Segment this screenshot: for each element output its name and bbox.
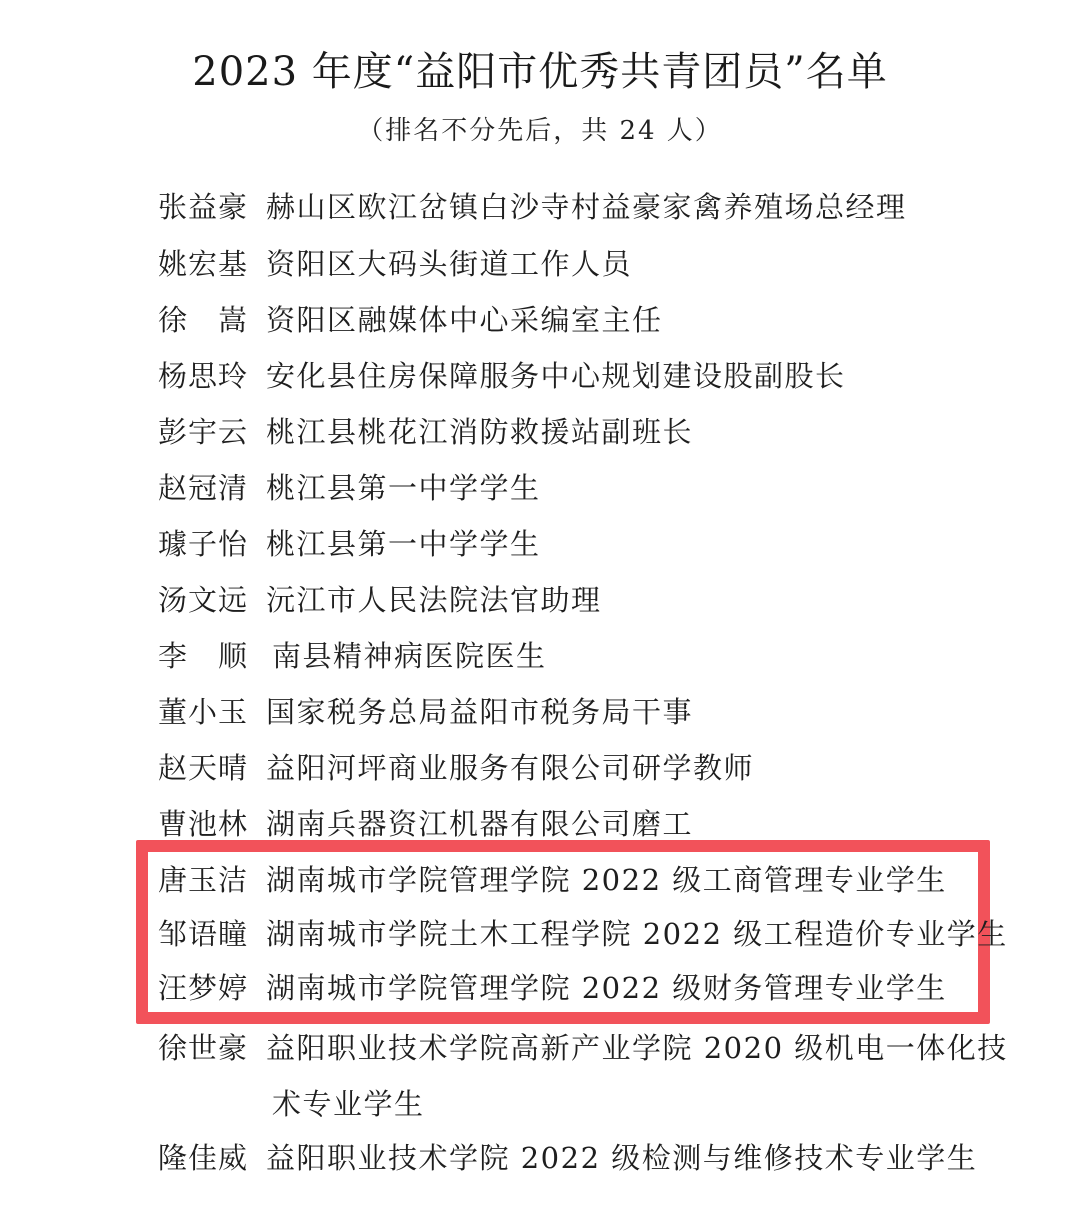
entry-desc: 资阳区融媒体中心采编室主任 <box>266 298 663 339</box>
list-item: 唐玉洁湖南城市学院管理学院 2022 级工商管理专业学生 <box>158 858 947 898</box>
entry-desc: 湖南城市学院管理学院 2022 级工商管理专业学生 <box>266 858 947 899</box>
entry-name: 赵冠清 <box>158 466 266 507</box>
entry-desc: 湖南兵器资江机器有限公司磨工 <box>266 802 693 843</box>
entry-name: 张益豪 <box>158 185 266 226</box>
list-item: 李 顺南县精神病医院医生 <box>158 634 547 674</box>
document-title: 2023 年度“益阳市优秀共青团员”名单 <box>0 40 1080 97</box>
list-item: 张益豪赫山区欧江岔镇白沙寺村益豪家禽养殖场总经理 <box>158 185 907 225</box>
entry-desc: 桃江县桃花江消防救援站副班长 <box>266 410 693 451</box>
entry-desc-continuation: 术专业学生 <box>272 1082 425 1123</box>
entry-name: 李 顺 <box>158 634 266 675</box>
entry-desc: 益阳职业技术学院高新产业学院 2020 级机电一体化技 <box>266 1026 1008 1067</box>
entry-name: 徐世豪 <box>158 1026 266 1067</box>
list-item: 汤文远沅江市人民法院法官助理 <box>158 578 602 618</box>
entry-desc: 安化县住房保障服务中心规划建设股副股长 <box>266 354 846 395</box>
entry-name: 彭宇云 <box>158 410 266 451</box>
list-item: 董小玉国家税务总局益阳市税务局干事 <box>158 690 693 730</box>
list-item: 赵天晴益阳河坪商业服务有限公司研学教师 <box>158 746 754 786</box>
entry-name: 汤文远 <box>158 578 266 619</box>
entry-desc: 赫山区欧江岔镇白沙寺村益豪家禽养殖场总经理 <box>266 185 907 226</box>
document-subtitle: （排名不分先后，共 24 人） <box>0 110 1080 147</box>
list-item: 璩子怡桃江县第一中学学生 <box>158 522 541 562</box>
entry-name: 唐玉洁 <box>158 858 266 899</box>
entry-desc: 沅江市人民法院法官助理 <box>266 578 602 619</box>
list-item: 姚宏基资阳区大码头街道工作人员 <box>158 242 632 282</box>
list-item: 曹池林湖南兵器资江机器有限公司磨工 <box>158 802 693 842</box>
list-item: 徐世豪益阳职业技术学院高新产业学院 2020 级机电一体化技 <box>158 1026 1008 1066</box>
entry-desc: 资阳区大码头街道工作人员 <box>266 242 632 283</box>
list-item: 徐 嵩资阳区融媒体中心采编室主任 <box>158 298 663 338</box>
entry-name: 徐 嵩 <box>158 298 266 339</box>
entry-name: 邹语瞳 <box>158 912 266 953</box>
entry-desc: 益阳职业技术学院 2022 级检测与维修技术专业学生 <box>266 1136 977 1177</box>
entry-name: 曹池林 <box>158 802 266 843</box>
list-item: 隆佳威益阳职业技术学院 2022 级检测与维修技术专业学生 <box>158 1136 977 1176</box>
entry-name: 赵天晴 <box>158 746 266 787</box>
entry-desc: 国家税务总局益阳市税务局干事 <box>266 690 693 731</box>
entry-name: 璩子怡 <box>158 522 266 563</box>
entry-desc: 湖南城市学院管理学院 2022 级财务管理专业学生 <box>266 966 947 1007</box>
entry-desc: 桃江县第一中学学生 <box>266 466 541 507</box>
entry-name: 姚宏基 <box>158 242 266 283</box>
list-item: 邹语瞳湖南城市学院土木工程学院 2022 级工程造价专业学生 <box>158 912 1008 952</box>
entry-desc: 南县精神病医院医生 <box>272 634 547 675</box>
list-item: 赵冠清桃江县第一中学学生 <box>158 466 541 506</box>
entry-desc: 桃江县第一中学学生 <box>266 522 541 563</box>
list-item: 汪梦婷湖南城市学院管理学院 2022 级财务管理专业学生 <box>158 966 947 1006</box>
entry-name: 董小玉 <box>158 690 266 731</box>
entry-desc: 益阳河坪商业服务有限公司研学教师 <box>266 746 754 787</box>
entry-name: 隆佳威 <box>158 1136 266 1177</box>
entry-desc: 湖南城市学院土木工程学院 2022 级工程造价专业学生 <box>266 912 1008 953</box>
list-item: 彭宇云桃江县桃花江消防救援站副班长 <box>158 410 693 450</box>
entry-name: 杨思玲 <box>158 354 266 395</box>
entry-name: 汪梦婷 <box>158 966 266 1007</box>
list-item: 杨思玲安化县住房保障服务中心规划建设股副股长 <box>158 354 846 394</box>
